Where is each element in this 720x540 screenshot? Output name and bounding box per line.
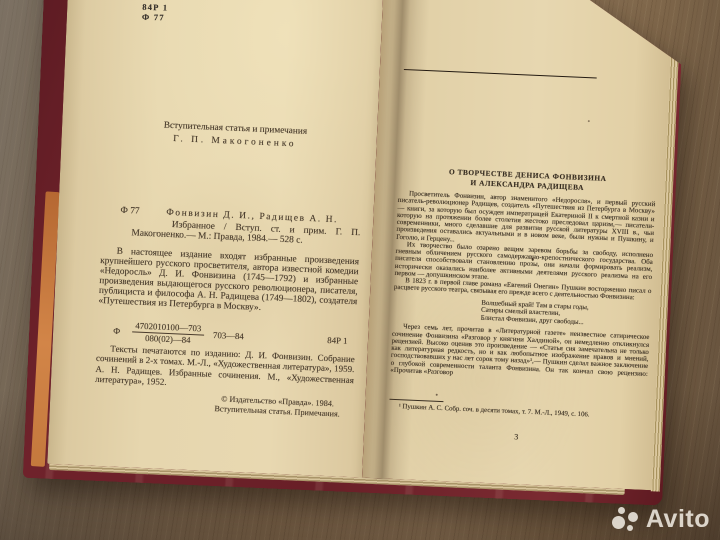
- footnote-text: ¹ Пушкин А. С. Собр. соч. в десяти томах…: [389, 402, 646, 421]
- book: 84Р 1 Ф 77 Вступительная статья и примеч…: [0, 0, 720, 540]
- catalog-code: Ф 77: [120, 206, 166, 219]
- avito-watermark: Avito: [612, 505, 710, 534]
- index-suffix: 703—84: [213, 330, 244, 341]
- index-right-code: 84Р 1: [327, 335, 348, 346]
- footnote: ¹ Пушкин А. С. Собр. соч. в десяти томах…: [389, 399, 647, 421]
- body-text: Просветитель Фонвизин, автор знаменитого…: [390, 190, 655, 385]
- paper-speck: [587, 120, 589, 122]
- paper-speck: [435, 394, 437, 396]
- index-letter: Ф: [113, 326, 120, 336]
- footnote-rule: [389, 399, 443, 402]
- poem-quote: Волшебный край! Там в стары годы, Сатиры…: [481, 299, 651, 329]
- right-page: О ТВОРЧЕСТВЕ ДЕНИСА ФОНВИЗИНА И АЛЕКСАНД…: [362, 0, 675, 490]
- editor-credit: Вступительная статья и примечания Г. П. …: [105, 117, 364, 153]
- paper-speck: [531, 258, 534, 261]
- header-rule: [403, 69, 596, 79]
- index-fraction: 4702010100—703 080(02)—84: [132, 320, 205, 345]
- left-page: 84Р 1 Ф 77 Вступительная статья и примеч…: [47, 0, 384, 478]
- avito-label: Avito: [646, 505, 710, 534]
- sources-note: Тексты печатаются по изданию: Д. И. Фонв…: [95, 343, 355, 396]
- photo-scene: 84Р 1 Ф 77 Вступительная статья и примеч…: [0, 0, 720, 540]
- bibliographic-entry: Ф 77 Фонвизин Д. И., Радищев А. Н. Избра…: [101, 205, 361, 249]
- copyright-notice: © Издательство «Правда». 1984. Вступител…: [200, 393, 355, 419]
- index-denominator: 080(02)—84: [132, 332, 204, 346]
- body-paragraph: Через семь лет, прочитав в «Литературной…: [390, 323, 649, 385]
- page-number: 3: [387, 427, 645, 447]
- avito-logo-icon: [612, 507, 639, 533]
- stamp-line: Ф 77: [142, 12, 168, 22]
- annotation: В настоящее издание входят избранные про…: [98, 247, 359, 318]
- library-stamp: 84Р 1 Ф 77: [142, 3, 169, 23]
